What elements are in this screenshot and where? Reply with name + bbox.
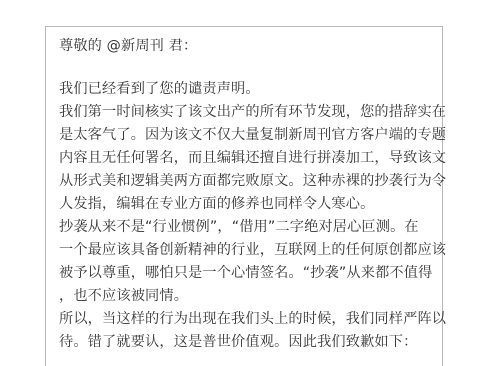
- apology-letter: 尊敬的 @新周刊 君： 我们已经看到了您的谴责声明。 我们第一时间核实了该文出产…: [45, 26, 443, 353]
- letter-line: 被予以尊重，哪怕只是一个心情签名。“抄袭”从来都不值得: [59, 264, 432, 282]
- letter-line: 人发指，编辑在专业方面的修养也同样令人寒心。: [59, 195, 374, 213]
- letter-line: 是太客气了。因为该文不仅大量复制新周刊官方客户端的专题: [59, 126, 446, 144]
- letter-line: 待。错了就要认，这是普世价值观。因此我们致歉如下：: [59, 333, 417, 351]
- letter-line: 内容且无任何署名，而且编辑还擅自进行拼凑加工，导致该文: [59, 149, 446, 167]
- letter-line: 我们已经看到了您的谴责声明。: [59, 80, 260, 98]
- letter-line: 抄袭从来不是“行业惯例”，“借用”二字绝对居心叵测。在: [59, 218, 419, 236]
- salutation: 尊敬的 @新周刊 君：: [59, 37, 197, 55]
- letter-line: 从形式美和逻辑美两方面都完败原文。这种赤裸的抄袭行为令: [59, 172, 446, 190]
- letter-line: ，也不应该被同情。: [59, 287, 188, 305]
- letter-line: 一个最应该具备创新精神的行业，互联网上的任何原创都应该: [59, 241, 446, 259]
- letter-line: 我们第一时间核实了该文出产的所有环节发现，您的措辞实在: [59, 103, 446, 121]
- letter-line: 所以，当这样的行为出现在我们头上的时候，我们同样严阵以: [59, 310, 446, 328]
